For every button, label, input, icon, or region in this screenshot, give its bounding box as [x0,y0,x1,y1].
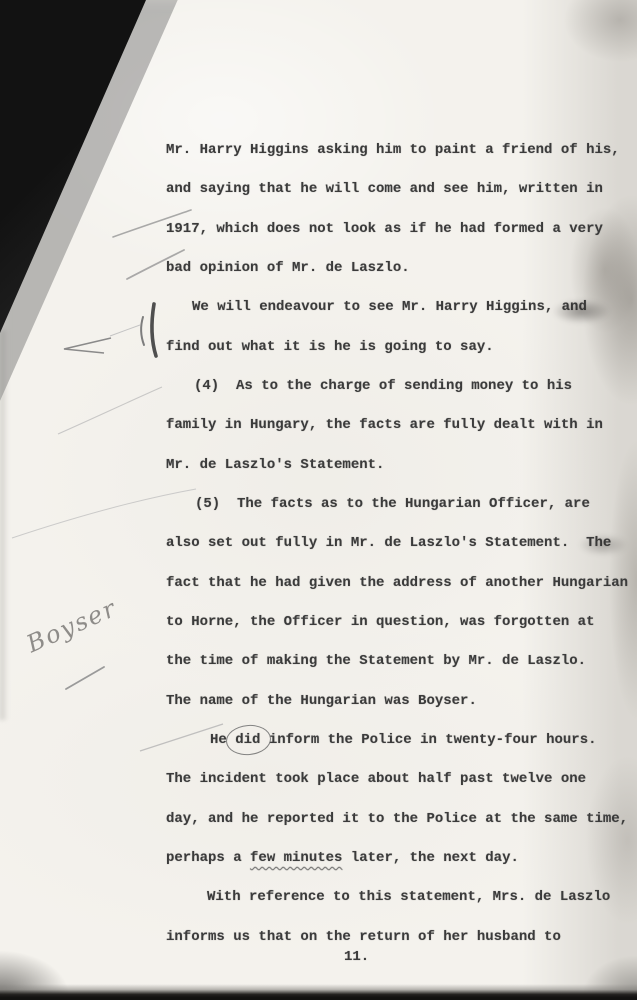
typed-line: family in Hungary, the facts are fully d… [166,416,603,434]
line-segment: perhaps a [166,850,250,866]
typed-line-he-did: He did inform the Police in twenty-four … [210,731,597,749]
typed-line: The incident took place about half past … [166,770,586,788]
pencil-underline-boyser [66,667,104,689]
bottom-scan-edge [0,984,637,1000]
typed-line: (4) As to the charge of sending money to… [194,377,572,395]
typed-line: to Horne, the Officer in question, was f… [166,613,594,631]
typed-line: We will endeavour to see Mr. Harry Higgi… [192,298,587,316]
typed-line: (5) The facts as to the Hungarian Office… [195,495,590,513]
typed-line: day, and he reported it to the Police at… [166,810,628,828]
typed-line: also set out fully in Mr. de Laszlo's St… [166,534,611,552]
pencil-circle-annotation: did [235,731,260,749]
pencil-underline-annotation: few minutes [250,850,342,866]
margin-note-boyser: Boyser [22,594,121,658]
typed-line-few-minutes: perhaps a few minutes later, the next da… [166,849,519,867]
line-segment: inform the Police in twenty-four hours. [260,732,596,748]
pencil-vertical-line-thin [141,317,144,345]
bottom-left-shadow-wedge [0,950,70,996]
typed-line: the time of making the Statement by Mr. … [166,652,586,670]
pencil-caret-arrow [64,338,111,353]
scanned-document-page: Mr. Harry Higgins asking him to paint a … [0,0,637,1000]
typed-line: The name of the Hungarian was Boyser. [166,692,477,710]
typed-line: fact that he had given the address of an… [166,574,628,592]
typed-line: Mr. de Laszlo's Statement. [166,456,384,474]
pencil-hairline-caret [110,325,140,336]
typed-line: informs us that on the return of her hus… [166,928,561,946]
typed-line: Mr. Harry Higgins asking him to paint a … [166,141,620,159]
typed-line: and saying that he will come and see him… [166,180,603,198]
pencil-vertical-line-bold [152,304,156,356]
typed-line: bad opinion of Mr. de Laszlo. [166,259,410,277]
page-number: 11. [344,948,369,966]
bottom-right-shadow-wedge [582,955,637,995]
pencil-hairline-para4 [58,387,162,434]
left-edge-streak [0,330,8,720]
line-segment: later, the next day. [342,850,518,866]
typed-line: With reference to this statement, Mrs. d… [207,888,610,906]
pencil-hairline-para5 [12,489,196,538]
typed-line: 1917, which does not look as if he had f… [166,220,603,238]
circled-word: did [235,732,260,748]
typed-line: find out what it is he is going to say. [166,338,494,356]
